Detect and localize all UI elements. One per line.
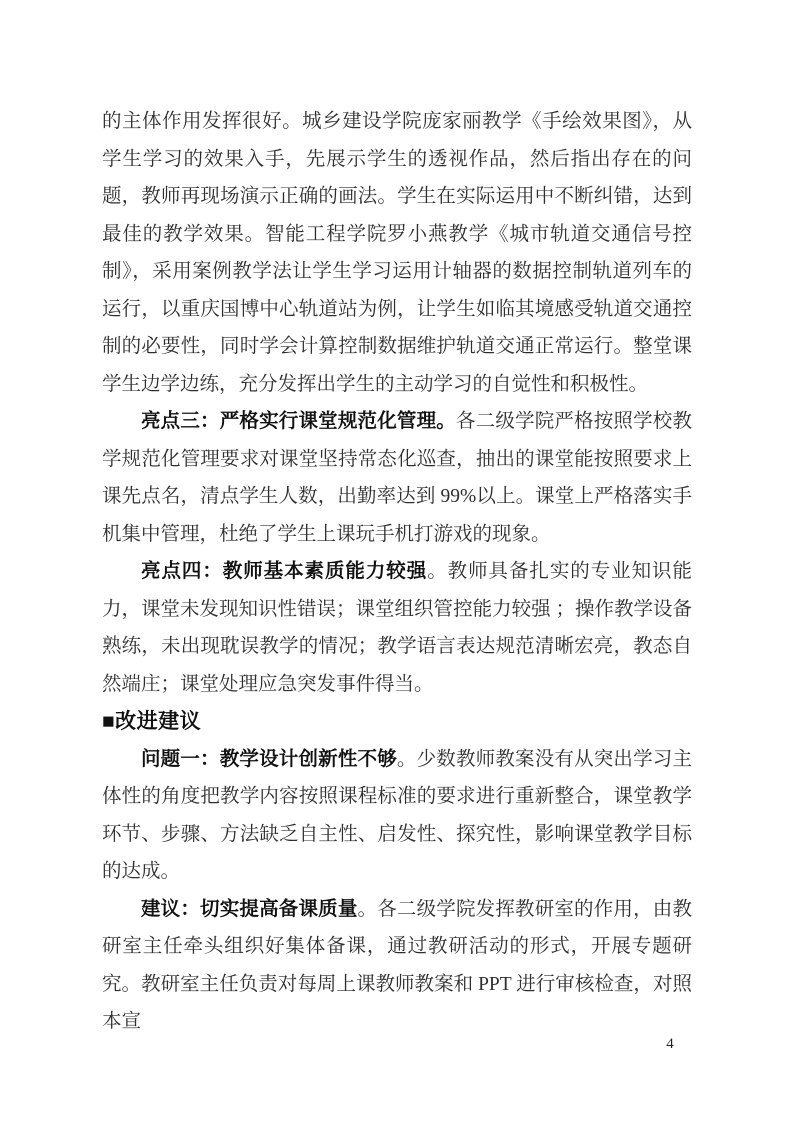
paragraph-problem-one: 问题一：教学设计创新性不够。少数教师教案没有从突出学习主体性的角度把教学内容按照… (102, 741, 692, 891)
paragraph-continuation-text: 的主体作用发挥很好。城乡建设学院庞家丽教学《手绘效果图》，从学生学习的效果入手，… (102, 111, 692, 395)
highlight-four-lead: 亮点四：教师基本素质能力较强 (141, 561, 427, 582)
page-number: 4 (656, 1036, 684, 1053)
suggestion-lead: 建议：切实提高备课质量 (141, 899, 358, 920)
problem-one-lead: 问题一：教学设计创新性不够 (141, 749, 397, 770)
page-body-text: 的主体作用发挥很好。城乡建设学院庞家丽教学《手绘效果图》，从学生学习的效果入手，… (102, 103, 692, 1041)
section-heading-improvement-suggestions: ■改进建议 (102, 703, 692, 741)
paragraph-highlight-three: 亮点三：严格实行课堂规范化管理。各二级学院严格按照学校教学规范化管理要求对课堂坚… (102, 403, 692, 553)
highlight-three-lead: 亮点三：严格实行课堂规范化管理。 (141, 411, 456, 432)
paragraph-continuation: 的主体作用发挥很好。城乡建设学院庞家丽教学《手绘效果图》，从学生学习的效果入手，… (102, 103, 692, 403)
paragraph-suggestion: 建议：切实提高备课质量。各二级学院发挥教研室的作用，由教研室主任牵头组织好集体备… (102, 891, 692, 1041)
paragraph-highlight-four: 亮点四：教师基本素质能力较强。教师具备扎实的专业知识能力，课堂未发现知识性错误；… (102, 553, 692, 703)
document-page: 的主体作用发挥很好。城乡建设学院庞家丽教学《手绘效果图》，从学生学习的效果入手，… (0, 0, 793, 1122)
